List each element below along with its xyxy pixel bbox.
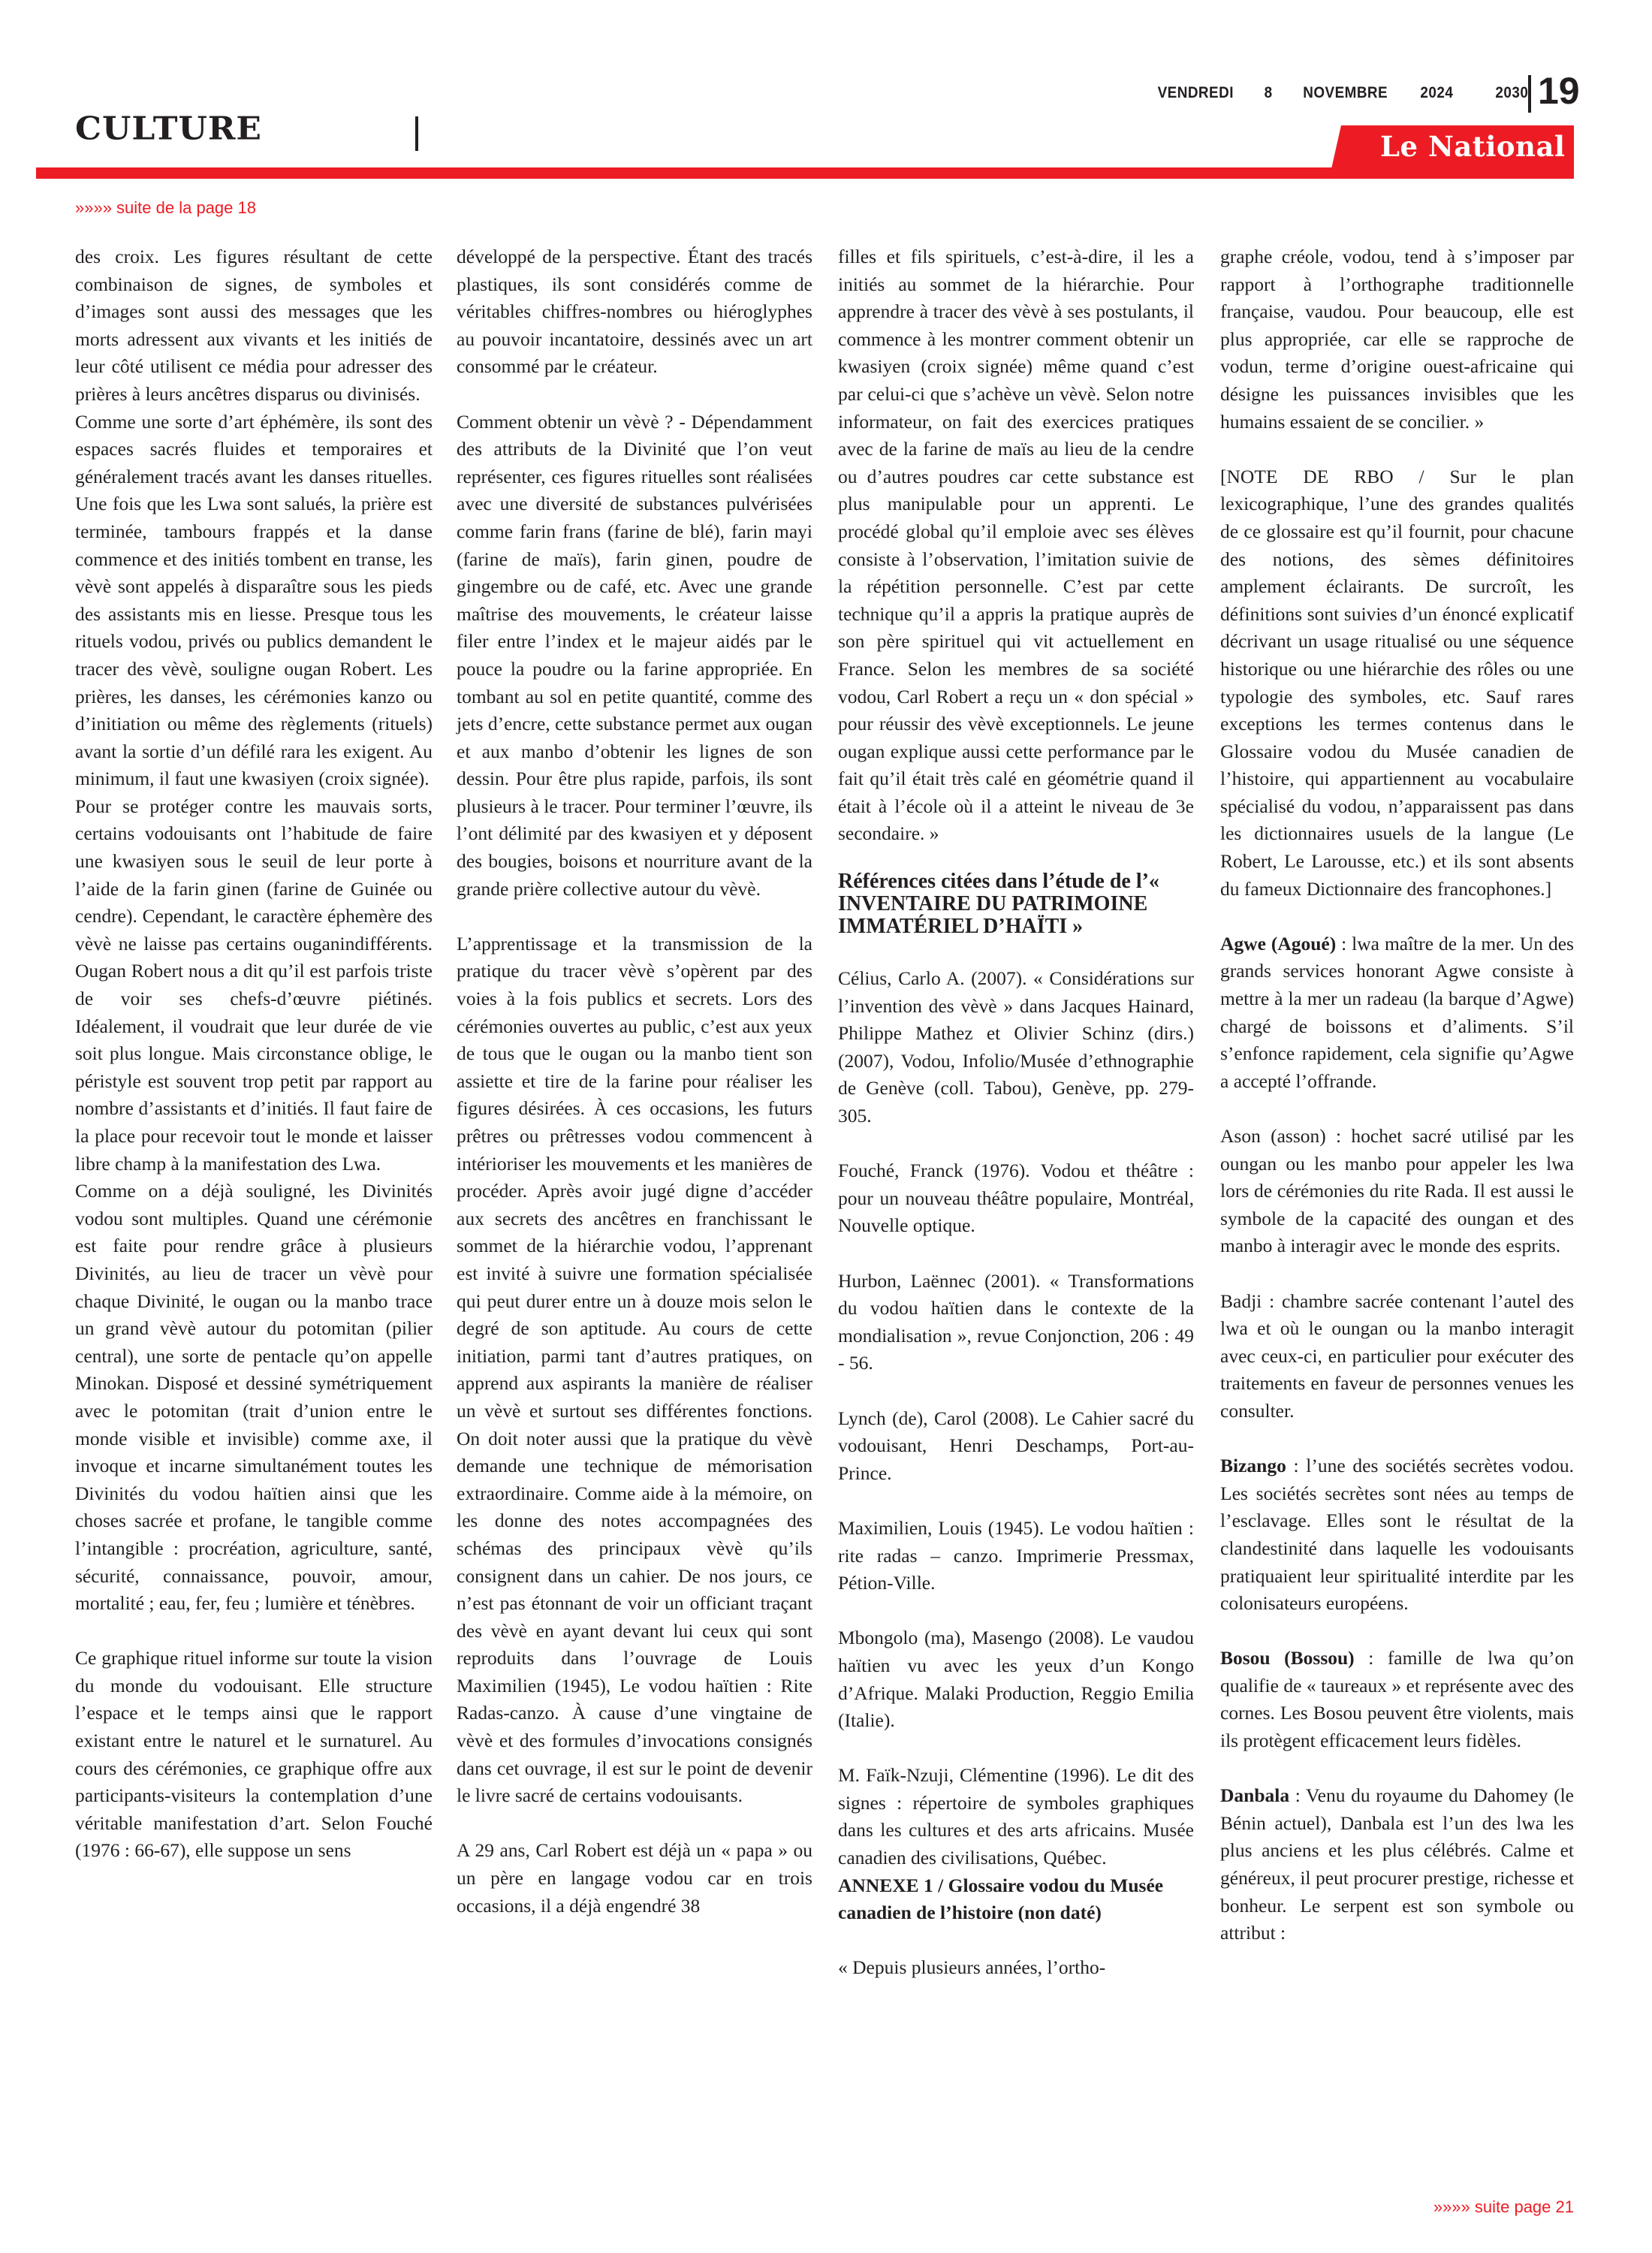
- reference-item: M. Faïk-Nzuji, Clémentine (1996). Le dit…: [838, 1762, 1194, 1871]
- paragraph: développé de la perspective. Étant des t…: [457, 243, 812, 381]
- glossary-definition: : Venu du royaume du Dahomey (le Bénin a…: [1220, 1784, 1574, 1944]
- dateline: VENDREDI 8 NOVEMBRE 2024 2030: [1153, 84, 1530, 102]
- reference-item: Célius, Carlo A. (2007). « Considération…: [838, 965, 1194, 1130]
- paragraph: graphe créole, vodou, tend à s’imposer p…: [1220, 243, 1574, 436]
- section-divider: [415, 116, 418, 151]
- glossary-term: Bizango: [1220, 1455, 1286, 1476]
- glossary-term: Agwe (Agoué): [1220, 933, 1336, 955]
- page-number-divider: [1528, 75, 1531, 113]
- paragraph: « Depuis plusieurs années, l’ortho-: [838, 1954, 1194, 1982]
- dateline-weekday: VENDREDI: [1158, 84, 1234, 102]
- glossary-term: Danbala: [1220, 1784, 1289, 1806]
- dateline-year: 2024: [1420, 84, 1453, 102]
- reference-item: Lynch (de), Carol (2008). Le Cahier sacr…: [838, 1405, 1194, 1488]
- paragraph: Comme une sorte d’art éphémère, ils sont…: [75, 409, 433, 793]
- paragraph: Pour se protéger contre les mauvais sort…: [75, 793, 433, 1178]
- references-heading: Références citées dans l’étude de l’« IN…: [838, 870, 1194, 938]
- page-number: 19: [1538, 69, 1580, 113]
- dateline-month: NOVEMBRE: [1303, 84, 1388, 102]
- reference-item: Maximilien, Louis (1945). Le vodou haïti…: [838, 1515, 1194, 1597]
- reference-item: Fouché, Franck (1976). Vodou et théâtre …: [838, 1157, 1194, 1240]
- glossary-term: Bosou (Bossou): [1220, 1647, 1355, 1669]
- paragraph: A 29 ans, Carl Robert est déjà un « papa…: [457, 1837, 812, 1920]
- continued-from-link[interactable]: »»»» suite de la page 18: [75, 198, 256, 218]
- glossary-term: Ason (asson): [1220, 1125, 1326, 1147]
- glossary-entry: Bosou (Bossou) : famille de lwa qu’on qu…: [1220, 1645, 1574, 1754]
- glossary-entry: Bizango : l’une des sociétés secrètes vo…: [1220, 1452, 1574, 1618]
- glossary-definition: : chambre sacrée contenant l’autel des l…: [1220, 1290, 1574, 1422]
- continued-to-link[interactable]: »»»» suite page 21: [1433, 2197, 1574, 2217]
- paragraph: Comme on a déjà souligné, les Divinités …: [75, 1178, 433, 1618]
- glossary-definition: : l’une des sociétés secrètes vodou. Les…: [1220, 1455, 1574, 1614]
- section-title: CULTURE: [75, 110, 262, 146]
- glossary-entry: Agwe (Agoué) : lwa maître de la mer. Un …: [1220, 930, 1574, 1096]
- paragraph: Ce graphique rituel informe sur toute la…: [75, 1645, 433, 1865]
- reference-item: Mbongolo (ma), Masengo (2008). Le vaudou…: [838, 1624, 1194, 1734]
- paragraph: Comment obtenir un vèvè ? - Dépendamment…: [457, 409, 812, 903]
- glossary-definition: : lwa maître de la mer. Un des grands se…: [1220, 933, 1574, 1092]
- dateline-issue-number: 2030: [1496, 84, 1529, 102]
- article-column-1: des croix. Les figures résultant de cett…: [75, 243, 433, 1865]
- reference-item: Hurbon, Laënnec (2001). « Transformation…: [838, 1268, 1194, 1377]
- editor-note: [NOTE DE RBO / Sur le plan lexicographiq…: [1220, 463, 1574, 903]
- brand-logo-text: Le National: [1380, 130, 1566, 163]
- glossary-entry: Danbala : Venu du royaume du Dahomey (le…: [1220, 1782, 1574, 1947]
- glossary-entry: Badji : chambre sacrée contenant l’autel…: [1220, 1288, 1574, 1425]
- dateline-day: 8: [1265, 84, 1273, 102]
- annex-heading: ANNEXE 1 / Glossaire vodou du Musée cana…: [838, 1872, 1194, 1927]
- paragraph: L’apprentissage et la transmission de la…: [457, 930, 812, 1810]
- paragraph: filles et fils spirituels, c’est-à-dire,…: [838, 243, 1194, 848]
- glossary-term: Badji: [1220, 1290, 1262, 1312]
- article-column-2: développé de la perspective. Étant des t…: [457, 243, 812, 1920]
- article-column-4: graphe créole, vodou, tend à s’imposer p…: [1220, 243, 1574, 1947]
- article-column-3: filles et fils spirituels, c’est-à-dire,…: [838, 243, 1194, 1982]
- glossary-entry: Ason (asson) : hochet sacré utilisé par …: [1220, 1123, 1574, 1260]
- paragraph: des croix. Les figures résultant de cett…: [75, 243, 433, 409]
